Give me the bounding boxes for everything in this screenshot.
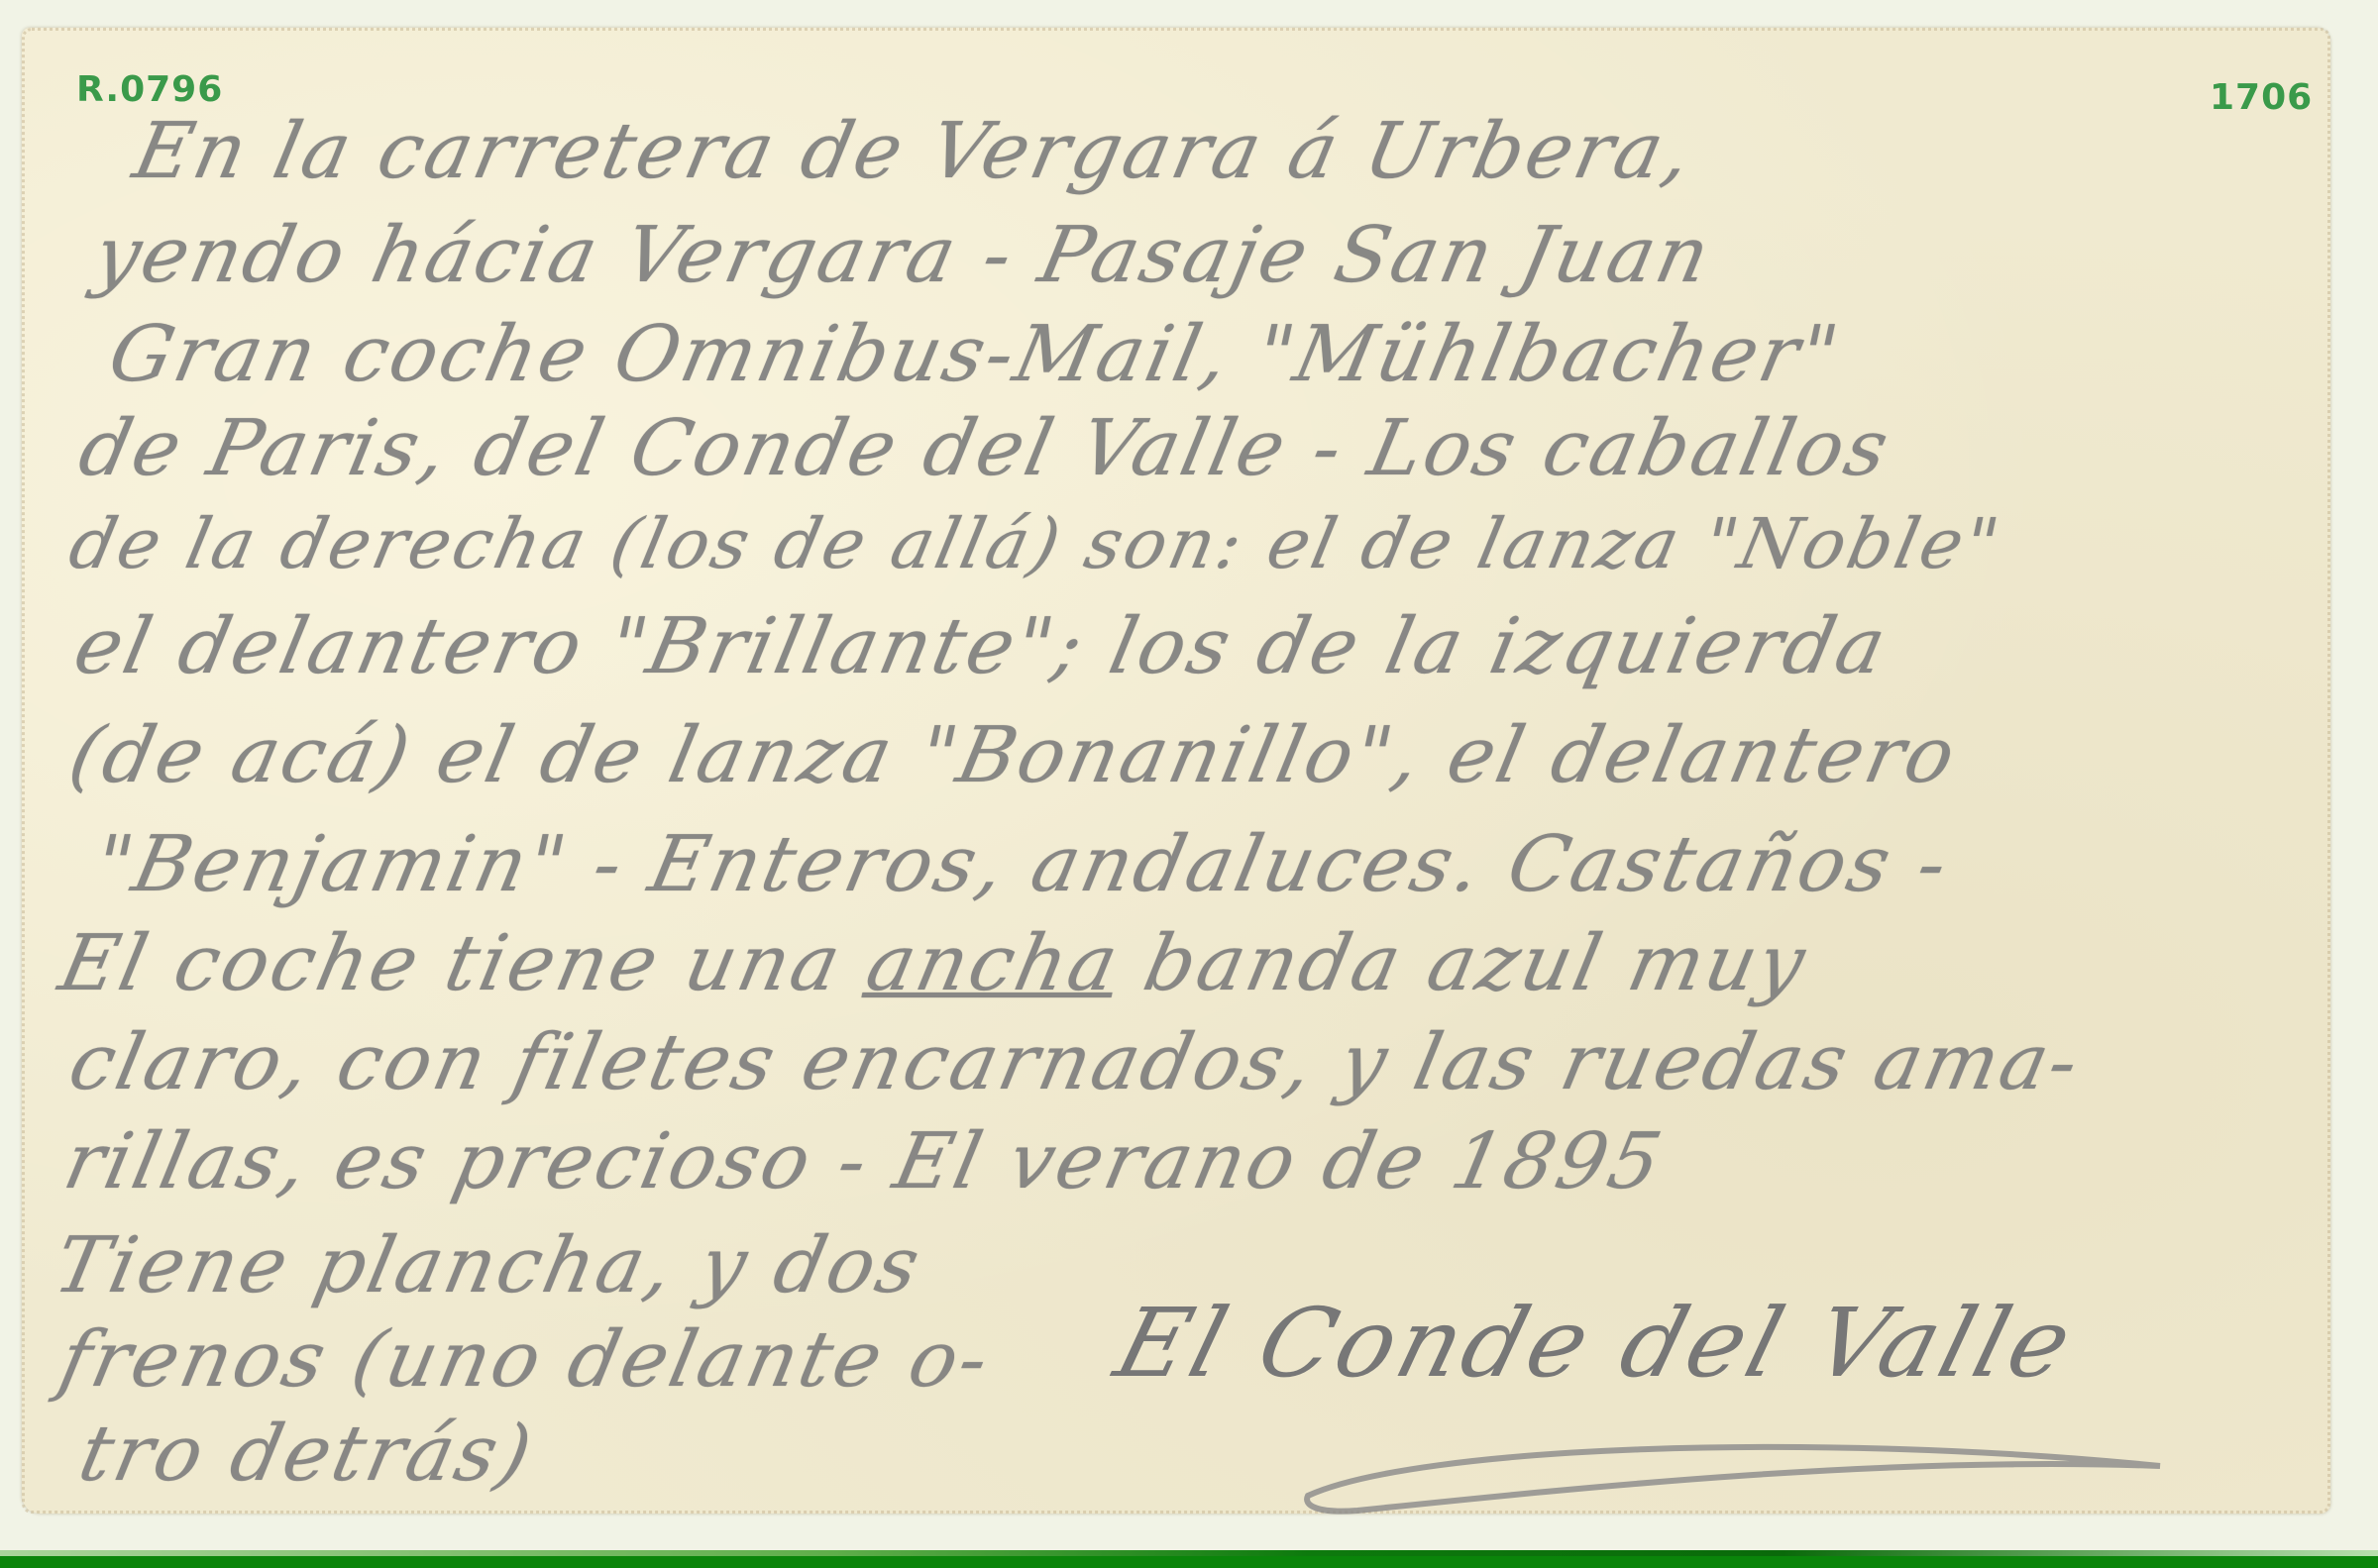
handwritten-line-11: rillas, es precioso - El verano de 1895 xyxy=(56,1117,1671,1206)
handwritten-line-10: claro, con filetes encarnados, y las rue… xyxy=(61,1018,2089,1107)
handwritten-line-7: (de acá) el de lanza "Bonanillo", el del… xyxy=(61,711,1965,800)
handwritten-line-6: el delantero "Brillante"; los de la izqu… xyxy=(66,602,1895,691)
handwritten-line-13: frenos (uno delante o- xyxy=(52,1315,999,1405)
catalog-number-right: 1706 xyxy=(2210,77,2313,118)
handwritten-line-3: Gran coche Omnibus-Mail, "Mühlbacher" xyxy=(101,310,1848,399)
handwritten-line-2: yendo hácia Vergara - Pasaje San Juan xyxy=(86,211,1719,300)
handwritten-line-1: En la carretera de Vergara á Urbera, xyxy=(126,107,1701,196)
bottom-bar xyxy=(0,1556,2378,1568)
signature: El Conde del Valle xyxy=(1105,1288,2087,1399)
handwritten-line-4: de Paris, del Conde del Valle - Los caba… xyxy=(71,404,1898,493)
catalog-number-left: R.0796 xyxy=(76,69,223,110)
handwritten-line-12: Tiene plancha, y dos xyxy=(47,1221,929,1310)
handwritten-line-9: El coche tiene una ancha banda azul muy xyxy=(52,919,1814,1008)
underlined-word: ancha xyxy=(859,919,1128,1008)
line-9-text: El coche tiene una ancha banda azul muy xyxy=(52,919,1814,1008)
handwritten-line-14: tro detrás) xyxy=(71,1410,541,1499)
handwritten-line-5: de la derecha (los de allá) son: el de l… xyxy=(62,503,2008,584)
signature-flourish-icon xyxy=(1298,1426,2170,1516)
handwritten-line-8: "Benjamin" - Enteros, andaluces. Castaño… xyxy=(86,820,1957,909)
